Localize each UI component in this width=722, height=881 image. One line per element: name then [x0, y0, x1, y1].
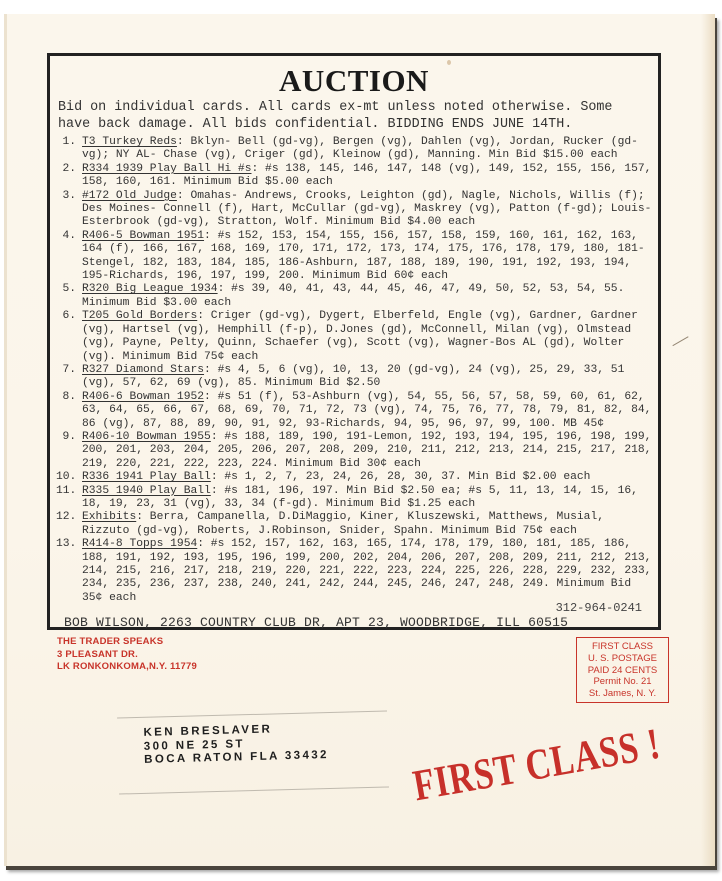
auction-intro: Bid on individual cards. All cards ex-mt…: [58, 99, 650, 133]
lot-description: Exhibits: Berra, Campanella, D.DiMaggio,…: [82, 511, 654, 538]
lot-number: 13.: [56, 538, 82, 605]
return-address-line: 3 PLEASANT DR.: [57, 649, 197, 662]
auction-lot: 4.R406-5 Bowman 1951: #s 152, 153, 154, …: [56, 230, 654, 284]
mailing-label: KEN BRESLAVER 300 NE 25 ST BOCA RATON FL…: [117, 706, 389, 795]
lot-number: 11.: [56, 485, 82, 512]
lot-number: 6.: [56, 310, 82, 364]
lot-set-name: R336 1941 Play Ball: [82, 471, 211, 483]
auction-lot: 10.R336 1941 Play Ball: #s 1, 2, 7, 23, …: [56, 471, 654, 484]
lot-number: 2.: [56, 163, 82, 190]
lot-set-name: T3 Turkey Reds: [82, 136, 177, 148]
auction-lot: 11.R335 1940 Play Ball: #s 181, 196, 197…: [56, 485, 654, 512]
lot-number: 7.: [56, 364, 82, 391]
postage-line: St. James, N. Y.: [577, 688, 668, 700]
auction-lot: 13.R414-8 Topps 1954: #s 152, 157, 162, …: [56, 538, 654, 605]
lot-number: 9.: [56, 431, 82, 471]
lot-description: R335 1940 Play Ball: #s 181, 196, 197. M…: [82, 485, 654, 512]
postage-indicia: FIRST CLASS U. S. POSTAGE PAID 24 CENTS …: [576, 637, 669, 703]
lot-description: R327 Diamond Stars: #s 4, 5, 6 (vg), 10,…: [82, 364, 654, 391]
lot-set-name: R334 1939 Play Ball Hi #s: [82, 163, 251, 175]
lot-set-name: Exhibits: [82, 511, 136, 523]
auction-lot: 1.T3 Turkey Reds: Bklyn- Bell (gd-vg), B…: [56, 136, 654, 163]
auction-lot: 5.R320 Big League 1934: #s 39, 40, 41, 4…: [56, 283, 654, 310]
auction-lot: 8.R406-6 Bowman 1952: #s 51 (f), 53-Ashb…: [56, 391, 654, 431]
return-address: THE TRADER SPEAKS 3 PLEASANT DR. LK RONK…: [57, 636, 197, 674]
auction-lot-list: 1.T3 Turkey Reds: Bklyn- Bell (gd-vg), B…: [56, 136, 654, 605]
page-edge: [701, 14, 715, 866]
lot-details: : Berra, Campanella, D.DiMaggio, Kiner, …: [82, 511, 604, 536]
lot-description: R336 1941 Play Ball: #s 1, 2, 7, 23, 24,…: [82, 471, 654, 484]
auction-lot: 3.#172 Old Judge: Omahas- Andrews, Crook…: [56, 190, 654, 230]
lot-set-name: R406-5 Bowman 1951: [82, 230, 204, 242]
lot-description: R406-6 Bowman 1952: #s 51 (f), 53-Ashbur…: [82, 391, 654, 431]
lot-set-name: R406-6 Bowman 1952: [82, 391, 204, 403]
contact-phone: 312-964-0241: [556, 601, 642, 615]
postage-line: FIRST CLASS: [577, 641, 668, 653]
lot-number: 1.: [56, 136, 82, 163]
lot-set-name: #172 Old Judge: [82, 190, 177, 202]
contact-address: BOB WILSON, 2263 COUNTRY CLUB DR, APT 23…: [64, 615, 568, 630]
lot-number: 4.: [56, 230, 82, 284]
lot-description: R320 Big League 1934: #s 39, 40, 41, 43,…: [82, 283, 654, 310]
lot-set-name: R327 Diamond Stars: [82, 364, 204, 376]
lot-number: 10.: [56, 471, 82, 484]
lot-number: 8.: [56, 391, 82, 431]
auction-title: AUCTION: [50, 64, 658, 98]
auction-lot: 2.R334 1939 Play Ball Hi #s: #s 138, 145…: [56, 163, 654, 190]
lot-number: 3.: [56, 190, 82, 230]
return-address-line: LK RONKONKOMA,N.Y. 11779: [57, 661, 197, 674]
lot-description: T3 Turkey Reds: Bklyn- Bell (gd-vg), Ber…: [82, 136, 654, 163]
lot-description: R414-8 Topps 1954: #s 152, 157, 162, 163…: [82, 538, 654, 605]
lot-description: R406-5 Bowman 1951: #s 152, 153, 154, 15…: [82, 230, 654, 284]
lot-set-name: T205 Gold Borders: [82, 310, 197, 322]
lot-number: 12.: [56, 511, 82, 538]
lot-number: 5.: [56, 283, 82, 310]
lot-description: T205 Gold Borders: Criger (gd-vg), Dyger…: [82, 310, 654, 364]
lot-description: #172 Old Judge: Omahas- Andrews, Crooks,…: [82, 190, 654, 230]
return-address-line: THE TRADER SPEAKS: [57, 636, 197, 649]
auction-lot: 6.T205 Gold Borders: Criger (gd-vg), Dyg…: [56, 310, 654, 364]
lot-set-name: R414-8 Topps 1954: [82, 538, 197, 550]
lot-description: R334 1939 Play Ball Hi #s: #s 138, 145, …: [82, 163, 654, 190]
label-edge: [117, 710, 387, 718]
auction-lot: 7.R327 Diamond Stars: #s 4, 5, 6 (vg), 1…: [56, 364, 654, 391]
lot-details: : #s 1, 2, 7, 23, 24, 26, 28, 30, 37. Mi…: [211, 471, 591, 483]
lot-set-name: R320 Big League 1934: [82, 283, 218, 295]
lot-description: R406-10 Bowman 1955: #s 188, 189, 190, 1…: [82, 431, 654, 471]
lot-set-name: R335 1940 Play Ball: [82, 485, 211, 497]
lot-set-name: R406-10 Bowman 1955: [82, 431, 211, 443]
postage-line: U. S. POSTAGE: [577, 653, 668, 665]
postage-line: Permit No. 21: [577, 676, 668, 688]
auction-lot: 9.R406-10 Bowman 1955: #s 188, 189, 190,…: [56, 431, 654, 471]
postage-line: PAID 24 CENTS: [577, 665, 668, 677]
auction-ad-box: AUCTION Bid on individual cards. All car…: [47, 53, 661, 630]
auction-lot: 12.Exhibits: Berra, Campanella, D.DiMagg…: [56, 511, 654, 538]
